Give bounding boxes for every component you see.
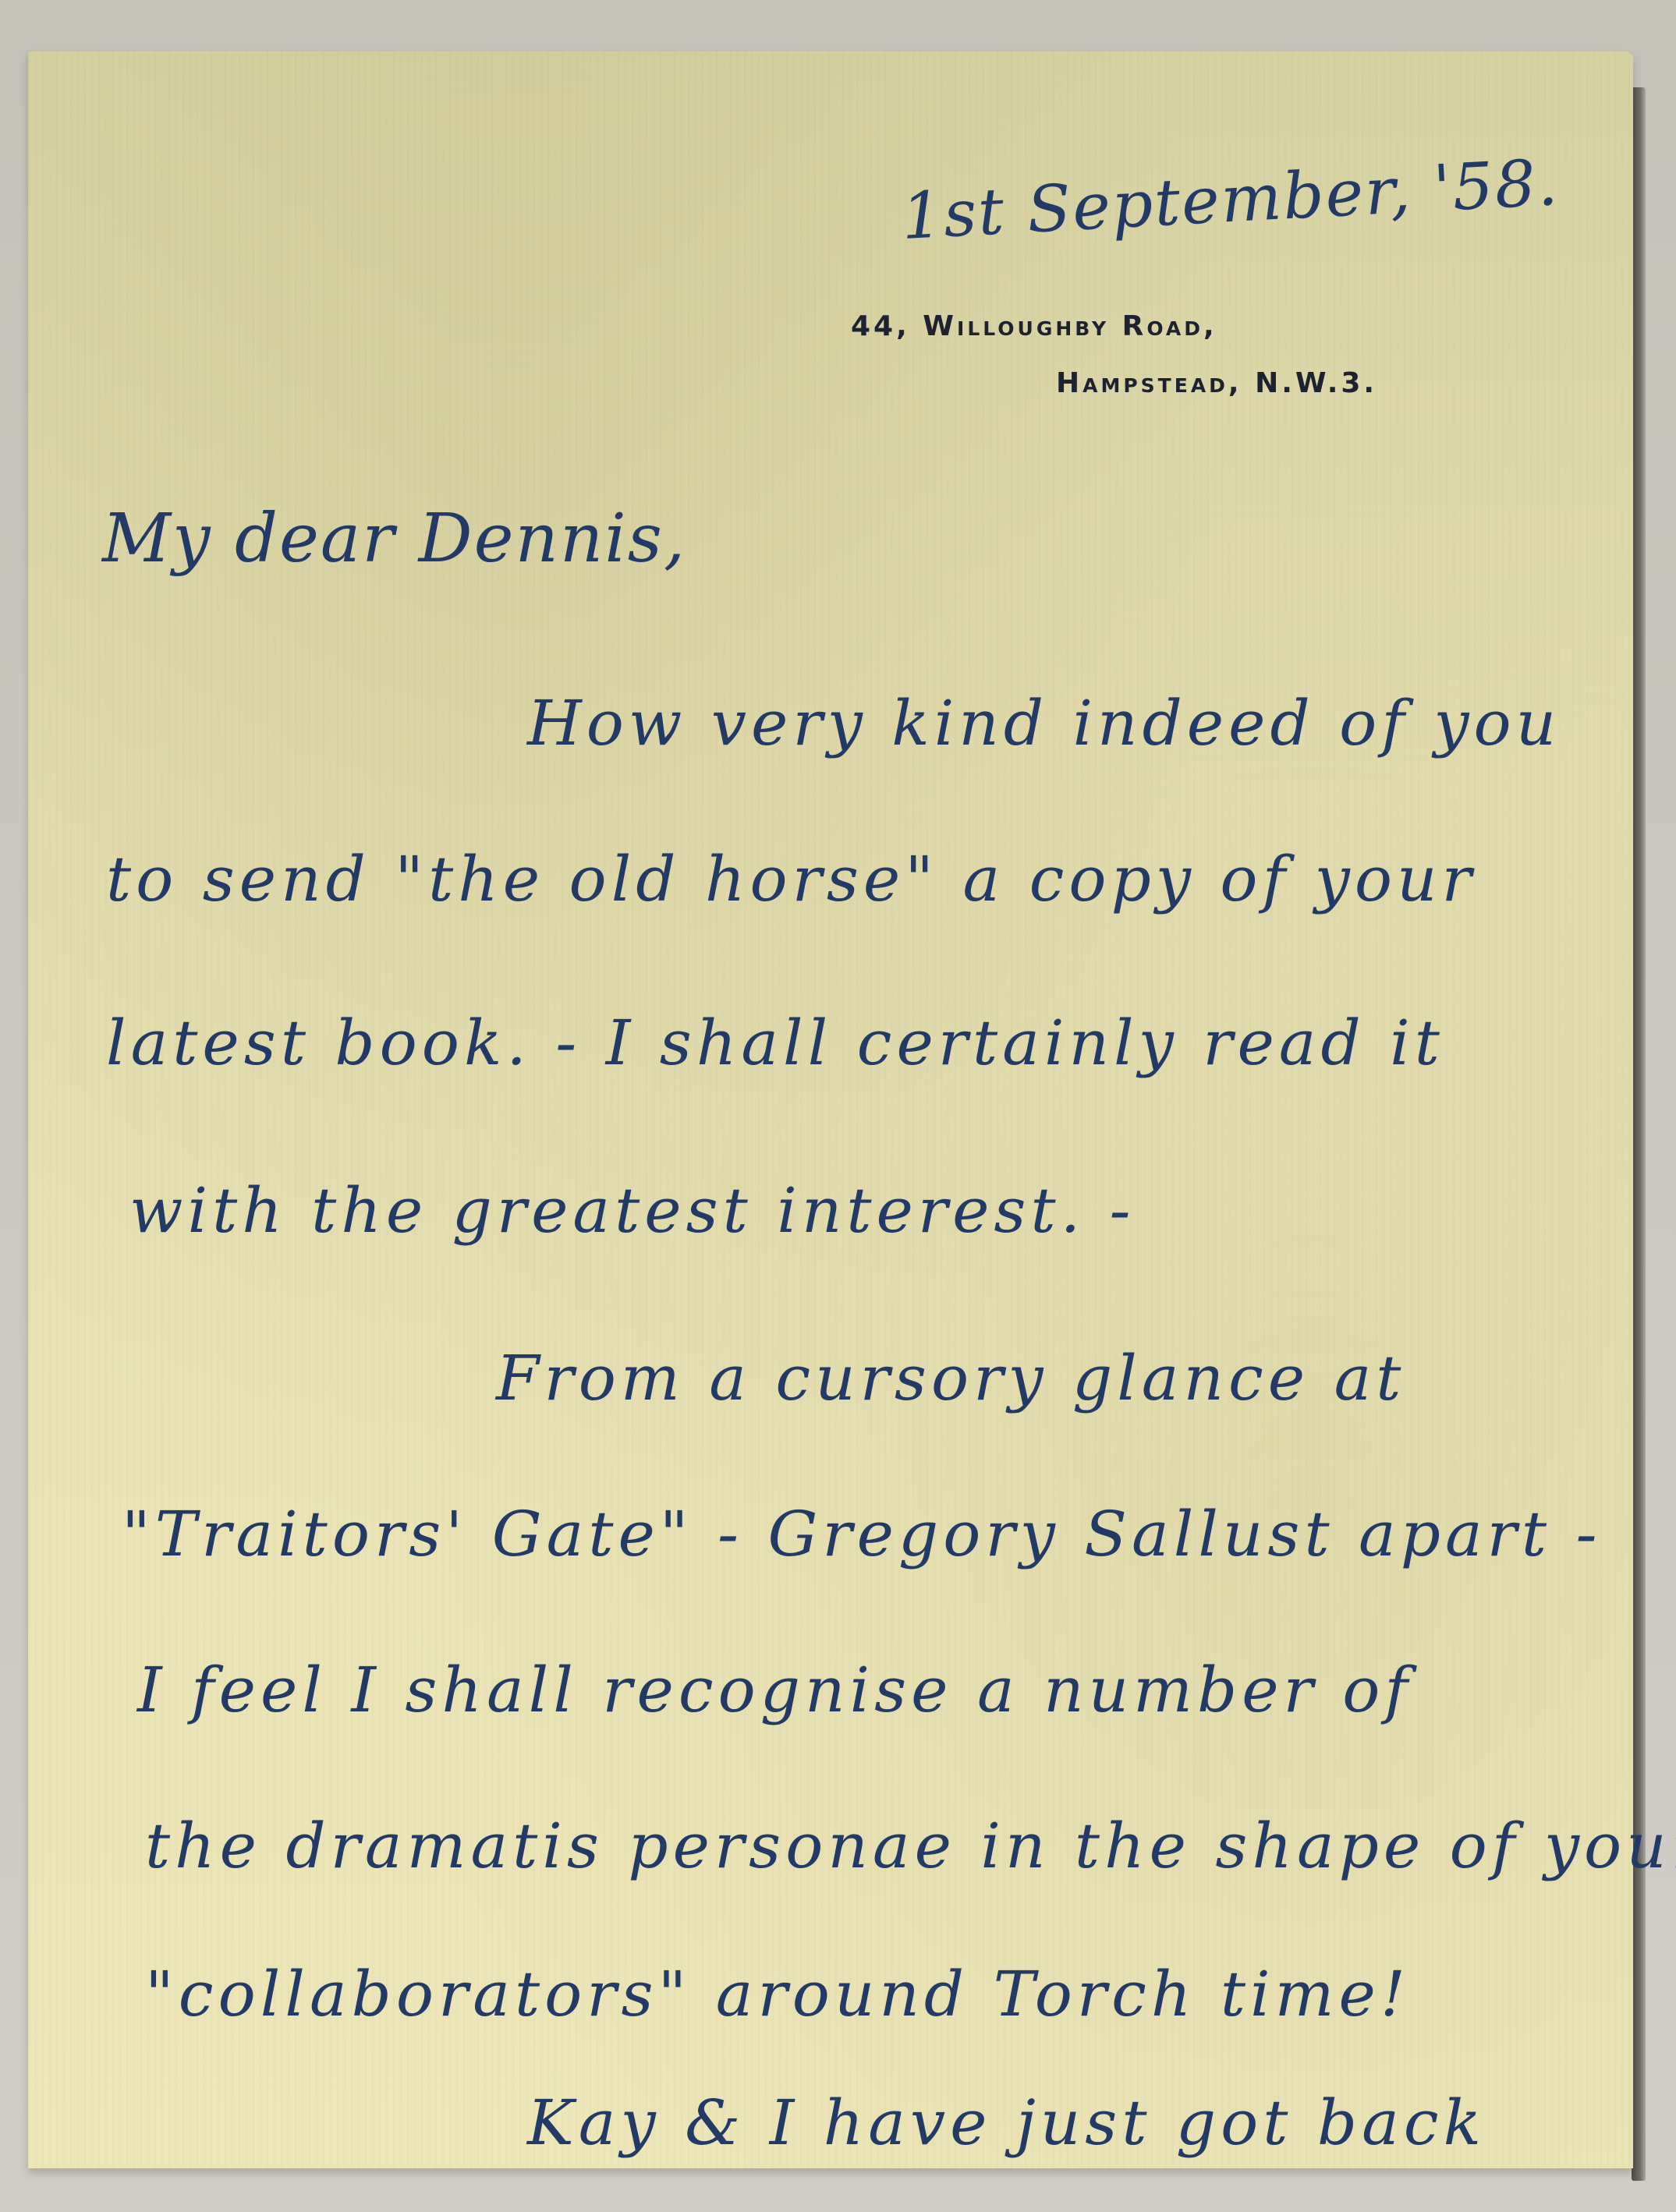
body-line: From a cursory glance at xyxy=(496,1342,1405,1414)
body-line: I feel I shall recognise a number of xyxy=(137,1654,1412,1726)
body-line: How very kind indeed of you xyxy=(527,687,1561,759)
body-line: latest book. - I shall certainly read it xyxy=(106,1007,1444,1079)
body-line: "Traitors' Gate" - Gregory Sallust apart… xyxy=(122,1498,1602,1570)
salutation: My dear Dennis, xyxy=(102,500,686,578)
letterhead-address-line-2: Hampstead, N.W.3. xyxy=(1056,367,1377,399)
body-line: to send "the old horse" a copy of your xyxy=(106,843,1476,915)
body-line: "collaborators" around Torch time! xyxy=(145,1958,1410,2030)
letterhead-address-line-1: 44, Willoughby Road, xyxy=(851,310,1217,342)
letter-page: 1st September, '58. 44, Willoughby Road,… xyxy=(28,51,1633,2168)
body-line: Kay & I have just got back xyxy=(527,2086,1486,2159)
body-line: the dramatis personae in the shape of yo… xyxy=(145,1810,1676,1882)
body-line: with the greatest interest. - xyxy=(129,1174,1136,1247)
letter-date: 1st September, '58. xyxy=(900,146,1561,254)
